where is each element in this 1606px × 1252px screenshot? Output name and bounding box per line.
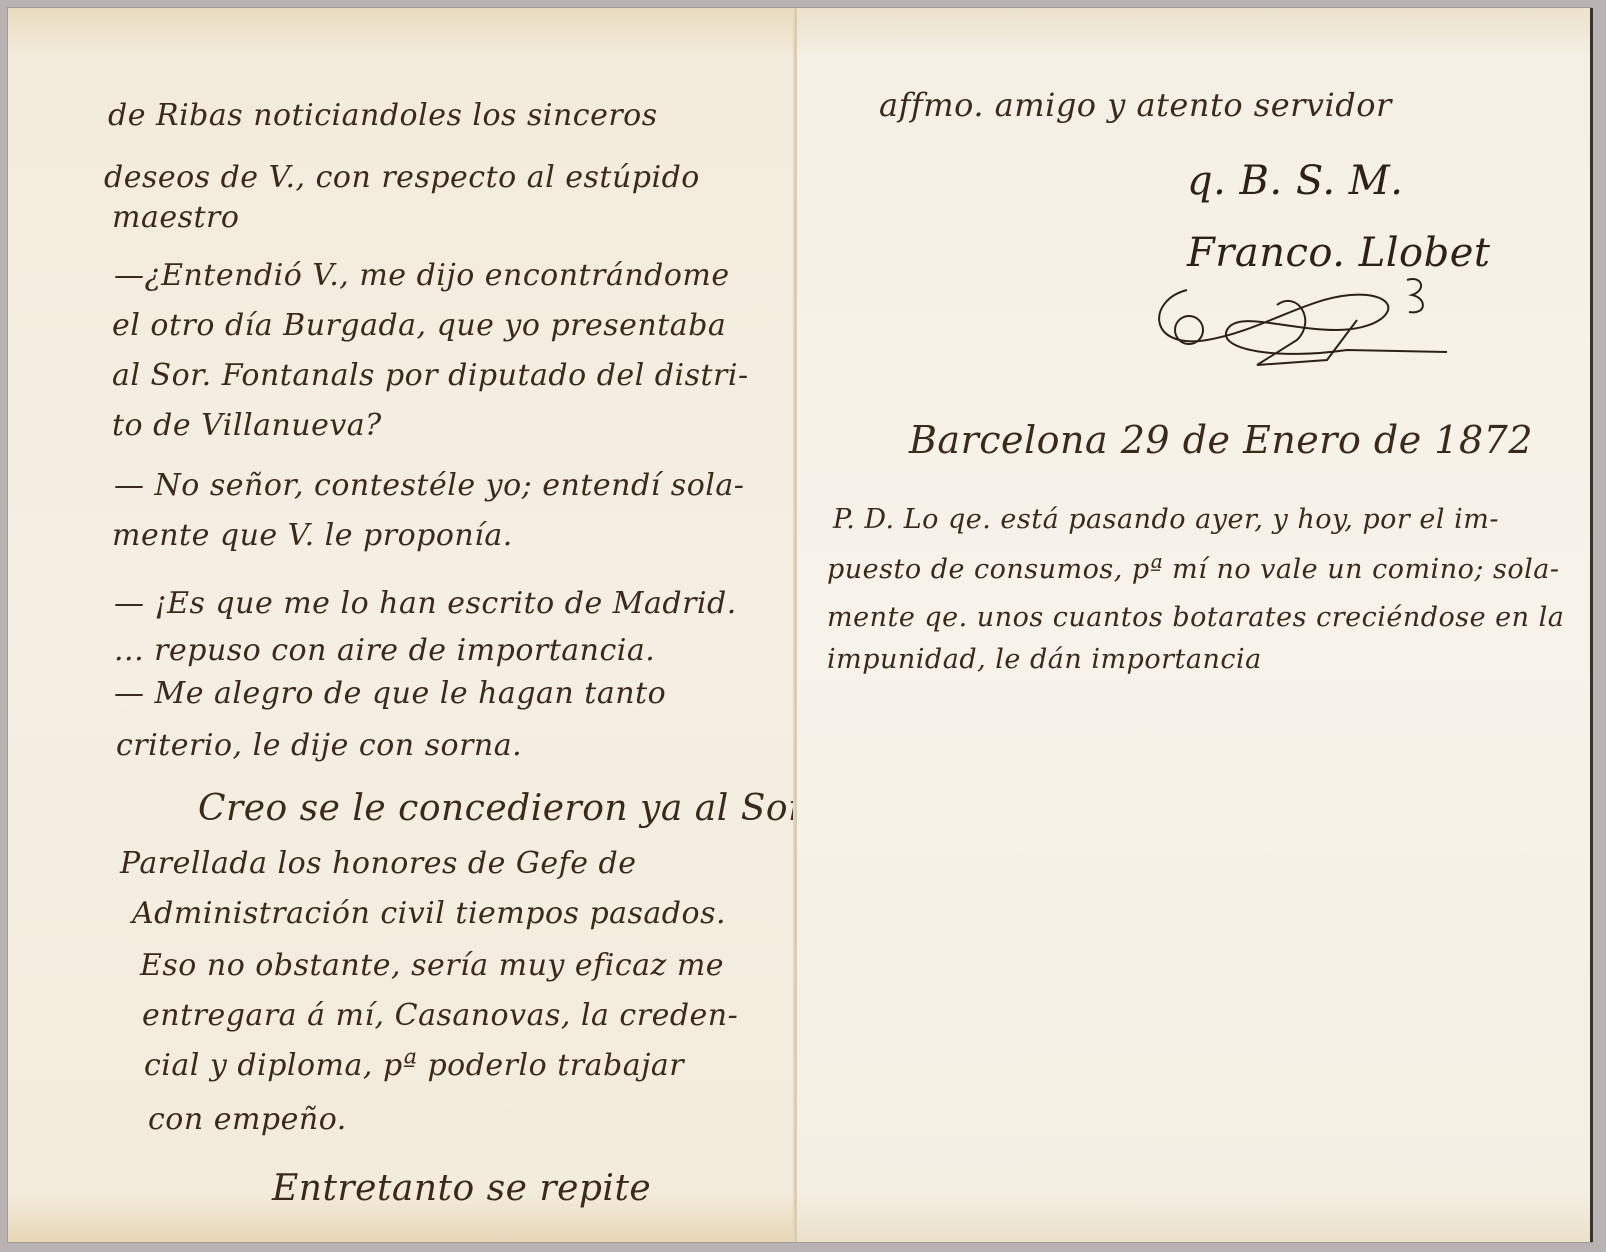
right-page: affmo. amigo y atento servidor q. B. S. … bbox=[797, 8, 1591, 1242]
letter-spread: de Ribas noticiandoles los sinceros dese… bbox=[8, 8, 1591, 1242]
left-line-1: de Ribas noticiandoles los sinceros bbox=[108, 98, 658, 133]
left-line-2: deseos de V., con respecto al estúpido bbox=[104, 160, 700, 195]
postscript-line-2: puesto de consumos, pª mí no vale un com… bbox=[827, 554, 1559, 585]
left-line-12: — Me alegro de que le hagan tanto bbox=[114, 676, 666, 711]
left-line-20: con empeño. bbox=[148, 1102, 347, 1137]
left-line-7: to de Villanueva? bbox=[112, 408, 382, 443]
left-line-8: — No señor, contestéle yo; entendí sola- bbox=[114, 468, 744, 503]
left-line-4: —¿Entendió V., me dijo encontrándome bbox=[114, 258, 730, 293]
left-line-9: mente que V. le proponía. bbox=[112, 518, 513, 553]
closing-line: affmo. amigo y atento servidor bbox=[879, 86, 1392, 124]
left-line-14: Creo se le concedieron ya al Sor. bbox=[198, 788, 814, 829]
postscript-line-4: impunidad, le dán importancia bbox=[827, 644, 1262, 675]
left-line-21: Entretanto se repite bbox=[272, 1168, 651, 1209]
place-date: Barcelona 29 de Enero de 1872 bbox=[909, 418, 1533, 462]
closing-initials: q. B. S. M. bbox=[1187, 158, 1403, 204]
left-line-3: maestro bbox=[112, 200, 239, 235]
postscript-line-3: mente qe. unos cuantos botarates crecién… bbox=[827, 602, 1564, 633]
left-line-19: cial y diploma, pª poderlo trabajar bbox=[144, 1048, 684, 1083]
left-line-17: Eso no obstante, sería muy eficaz me bbox=[140, 948, 724, 983]
left-line-16: Administración civil tiempos pasados. bbox=[132, 896, 726, 931]
left-page: de Ribas noticiandoles los sinceros dese… bbox=[8, 8, 795, 1242]
signature-flourish-icon bbox=[1147, 270, 1487, 380]
left-line-6: al Sor. Fontanals por diputado del distr… bbox=[112, 358, 749, 393]
left-line-18: entregara á mí, Casanovas, la creden- bbox=[142, 998, 738, 1033]
left-line-10: — ¡Es que me lo han escrito de Madrid. bbox=[114, 586, 737, 621]
left-line-15: Parellada los honores de Gefe de bbox=[120, 846, 636, 881]
left-line-5: el otro día Burgada, que yo presentaba bbox=[112, 308, 726, 343]
postscript-line-1: P. D. Lo qe. está pasando ayer, y hoy, p… bbox=[833, 504, 1499, 535]
left-line-13: criterio, le dije con sorna. bbox=[116, 728, 522, 763]
left-line-11: ... repuso con aire de importancia. bbox=[114, 633, 655, 668]
page-edge bbox=[1590, 8, 1593, 1242]
